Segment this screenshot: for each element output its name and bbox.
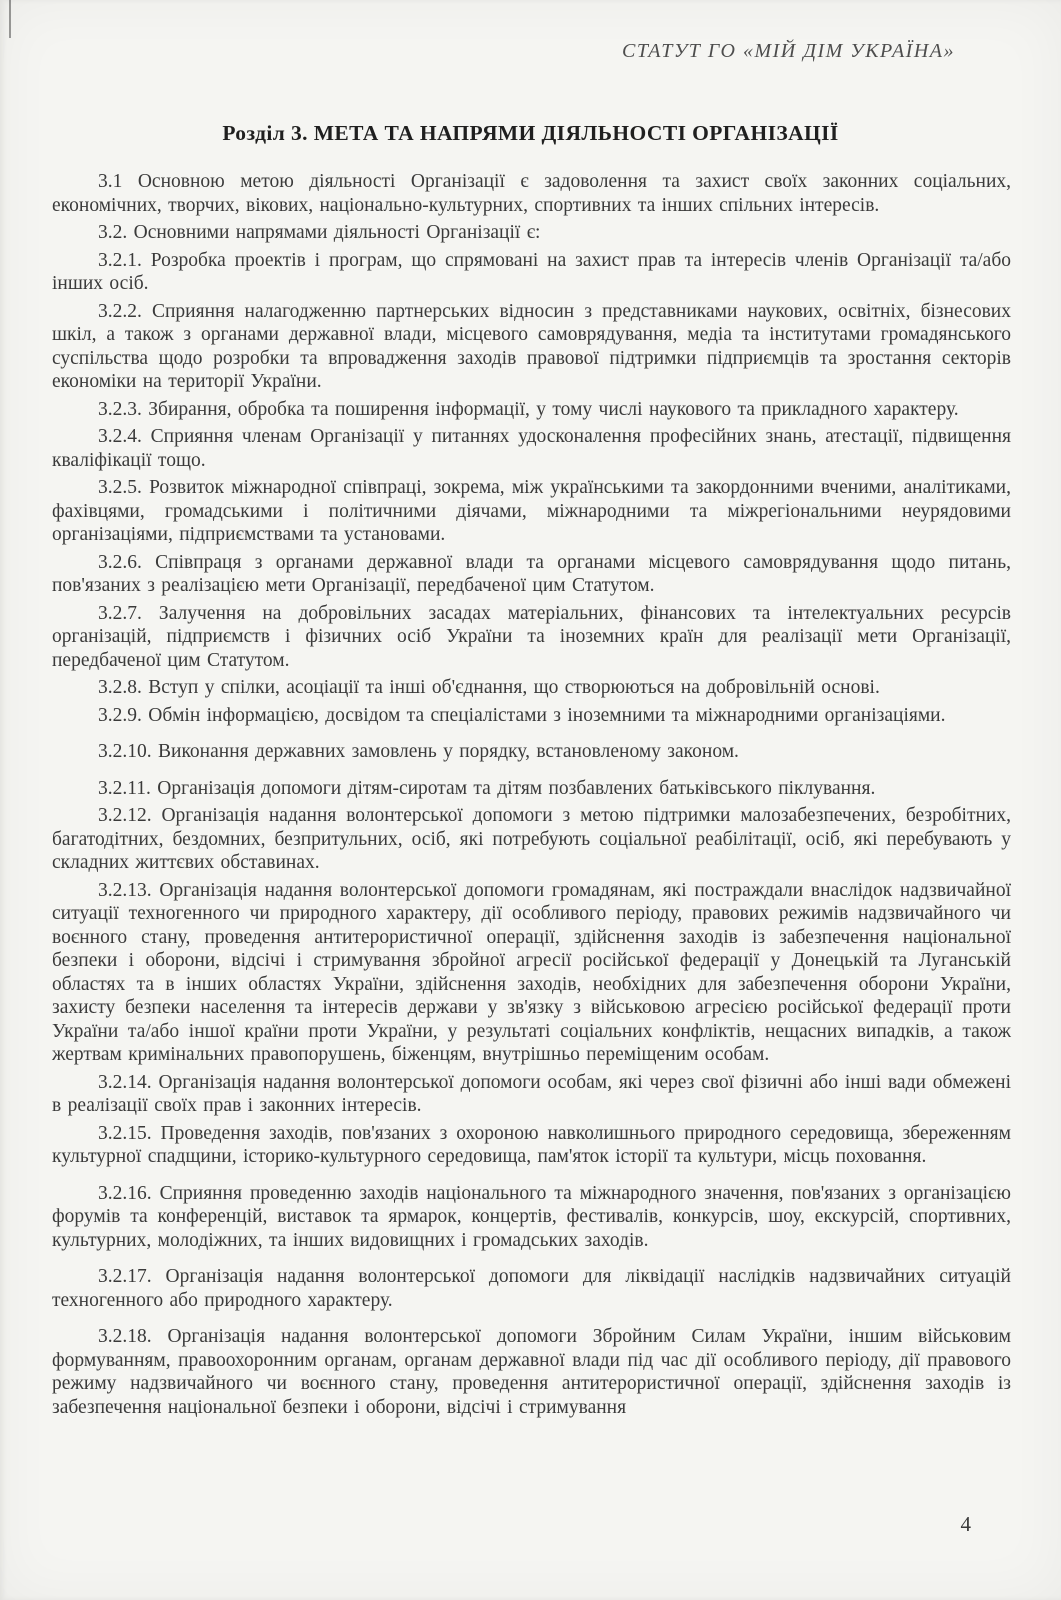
section-title: Розділ 3. МЕТА ТА НАПРЯМИ ДІЯЛЬНОСТІ ОРГ… xyxy=(60,121,1001,146)
paragraph: 3.2.5. Розвиток міжнародної співпраці, з… xyxy=(52,476,1011,547)
page-number: 4 xyxy=(961,1512,972,1537)
paragraph: 3.2.2. Сприяння налагодженню партнерськи… xyxy=(52,300,1011,394)
paragraph: 3.2.14. Організація надання волонтерсько… xyxy=(52,1071,1011,1118)
paragraph: 3.2.12. Організація надання волонтерсько… xyxy=(52,804,1011,875)
paragraph: 3.2.10. Виконання державних замовлень у … xyxy=(52,740,1011,764)
document-header: СТАТУТ ГО «МІЙ ДІМ УКРАЇНА» xyxy=(0,0,955,63)
paragraph: 3.2.7. Залучення на добровільних засадах… xyxy=(52,602,1011,673)
paragraph: 3.2.11. Організація допомоги дітям-сирот… xyxy=(52,777,1011,801)
paragraph: 3.2.6. Співпраця з органами державної вл… xyxy=(52,551,1011,598)
paragraph: 3.2.3. Збирання, обробка та поширення ін… xyxy=(52,398,1011,422)
paragraph: 3.2.16. Сприяння проведенню заходів наці… xyxy=(52,1182,1011,1253)
paragraph: 3.2.18. Організація надання волонтерсько… xyxy=(52,1325,1011,1419)
paragraph: 3.2.9. Обмін інформацією, досвідом та сп… xyxy=(52,704,1011,728)
paragraph: 3.2.15. Проведення заходів, пов'язаних з… xyxy=(52,1122,1011,1169)
paragraph: 3.2.8. Вступ у спілки, асоціації та інші… xyxy=(52,676,1011,700)
paragraph: 3.2.17. Організація надання волонтерсько… xyxy=(52,1265,1011,1312)
paragraph: 3.2. Основними напрямами діяльності Орга… xyxy=(52,221,1011,245)
document-page: СТАТУТ ГО «МІЙ ДІМ УКРАЇНА» Розділ 3. МЕ… xyxy=(0,0,1061,1600)
paragraph: 3.2.13. Організація надання волонтерсько… xyxy=(52,879,1011,1067)
document-body: 3.1 Основною метою діяльності Організаці… xyxy=(52,170,1011,1419)
paragraph: 3.2.4. Сприяння членам Організації у пит… xyxy=(52,425,1011,472)
paragraph: 3.1 Основною метою діяльності Організаці… xyxy=(52,170,1011,217)
paragraph: 3.2.1. Розробка проектів і програм, що с… xyxy=(52,249,1011,296)
